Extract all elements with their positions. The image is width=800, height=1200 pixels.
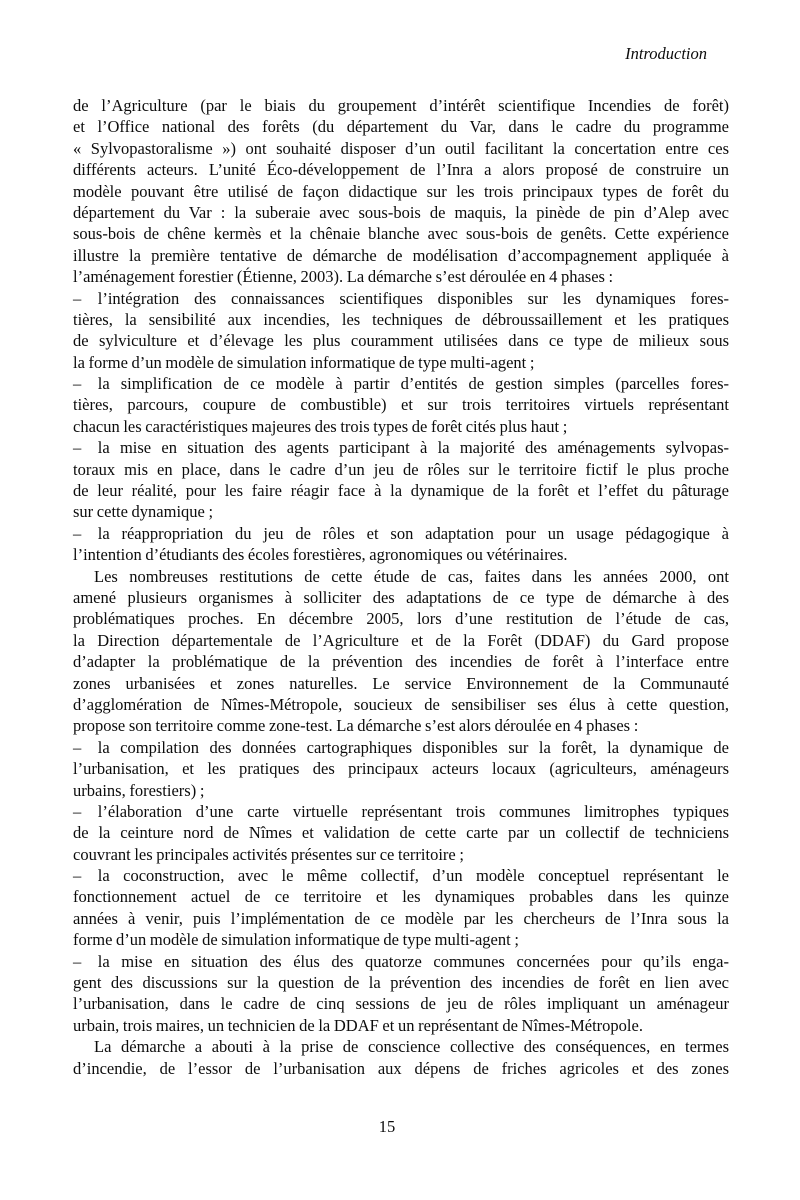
list-item: – la réappropriation du jeu de rôles et … (73, 523, 729, 566)
list-item: – la mise en situation des agents partic… (73, 437, 729, 523)
text-line: amené plusieurs organismes à solliciter … (73, 587, 729, 608)
text-line: l’urbanisation, et les pratiques des pri… (73, 758, 729, 779)
text-line: urbains, forestiers) ; (73, 780, 729, 801)
text-line: la forme d’un modèle de simulation infor… (73, 352, 729, 373)
text-line: années à venir, puis l’implémentation de… (73, 908, 729, 929)
text-line: différents acteurs. L’unité Éco-développ… (73, 159, 729, 180)
text-line: – la compilation des données cartographi… (73, 737, 729, 758)
text-line: modèle pouvant être utilisé de façon did… (73, 181, 729, 202)
paragraph: La démarche a abouti à la prise de consc… (73, 1036, 729, 1079)
text-line: la Direction départementale de l’Agricul… (73, 630, 729, 651)
text-line: sur cette dynamique ; (73, 501, 729, 522)
text-line: – la simplification de ce modèle à parti… (73, 373, 729, 394)
text-line: l’urbanisation, dans le cadre de cinq se… (73, 993, 729, 1014)
text-line: « Sylvopastoralisme ») ont souhaité disp… (73, 138, 729, 159)
text-line: de la ceinture nord de Nîmes et validati… (73, 822, 729, 843)
text-line: chacun les caractéristiques majeures des… (73, 416, 729, 437)
list-item: – la simplification de ce modèle à parti… (73, 373, 729, 437)
text-line: d’agglomération de Nîmes-Métropole, souc… (73, 694, 729, 715)
text-line: sous-bois de chêne kermès et la chênaie … (73, 223, 729, 244)
text-line: forme d’un modèle de simulation informat… (73, 929, 729, 950)
text-line: d’incendie, de l’essor de l’urbanisation… (73, 1058, 729, 1079)
text-line: – la mise en situation des élus des quat… (73, 951, 729, 972)
page-number: 15 (59, 1117, 715, 1137)
text-line: Les nombreuses restitutions de cette étu… (73, 566, 729, 587)
text-line: La démarche a abouti à la prise de consc… (73, 1036, 729, 1057)
text-line: fonctionnement actuel de ce territoire e… (73, 886, 729, 907)
text-line: de l’Agriculture (par le biais du groupe… (73, 95, 729, 116)
text-line: illustre la première tentative de démarc… (73, 245, 729, 266)
text-line: d’adapter la problématique de la prévent… (73, 651, 729, 672)
list-item: – l’élaboration d’une carte virtuelle re… (73, 801, 729, 865)
text-line: gent des discussions sur la question de … (73, 972, 729, 993)
text-line: tières, la sensibilité aux incendies, le… (73, 309, 729, 330)
list-item: – l’intégration des connaissances scient… (73, 288, 729, 374)
page-body-text: de l’Agriculture (par le biais du groupe… (73, 95, 729, 1079)
book-page: Introduction de l’Agriculture (par le bi… (0, 0, 800, 1200)
text-line: de sylviculture et d’élevage les plus co… (73, 330, 729, 351)
text-line: l’aménagement forestier (Étienne, 2003).… (73, 266, 729, 287)
text-line: – la coconstruction, avec le même collec… (73, 865, 729, 886)
list-item: – la coconstruction, avec le même collec… (73, 865, 729, 951)
text-line: couvrant les principales activités prése… (73, 844, 729, 865)
text-line: – l’élaboration d’une carte virtuelle re… (73, 801, 729, 822)
text-line: de leur réalité, pour les faire réagir f… (73, 480, 729, 501)
list-item: – la compilation des données cartographi… (73, 737, 729, 801)
text-line: et l’Office national des forêts (du dépa… (73, 116, 729, 137)
paragraph: Les nombreuses restitutions de cette étu… (73, 566, 729, 737)
text-line: urbain, trois maires, un technicien de l… (73, 1015, 729, 1036)
list-item: – la mise en situation des élus des quat… (73, 951, 729, 1037)
text-line: tières, parcours, coupure de combustible… (73, 394, 729, 415)
text-line: – l’intégration des connaissances scient… (73, 288, 729, 309)
text-line: propose son territoire comme zone-test. … (73, 715, 729, 736)
text-line: l’intention d’étudiants des écoles fores… (73, 544, 729, 565)
paragraph: de l’Agriculture (par le biais du groupe… (73, 95, 729, 288)
running-head: Introduction (73, 44, 707, 64)
text-line: problématiques proches. En décembre 2005… (73, 608, 729, 629)
text-line: zones urbanisées et zones naturelles. Le… (73, 673, 729, 694)
text-line: – la mise en situation des agents partic… (73, 437, 729, 458)
text-line: département du Var : la suberaie avec so… (73, 202, 729, 223)
text-line: – la réappropriation du jeu de rôles et … (73, 523, 729, 544)
text-line: toraux mis en place, dans le cadre d’un … (73, 459, 729, 480)
